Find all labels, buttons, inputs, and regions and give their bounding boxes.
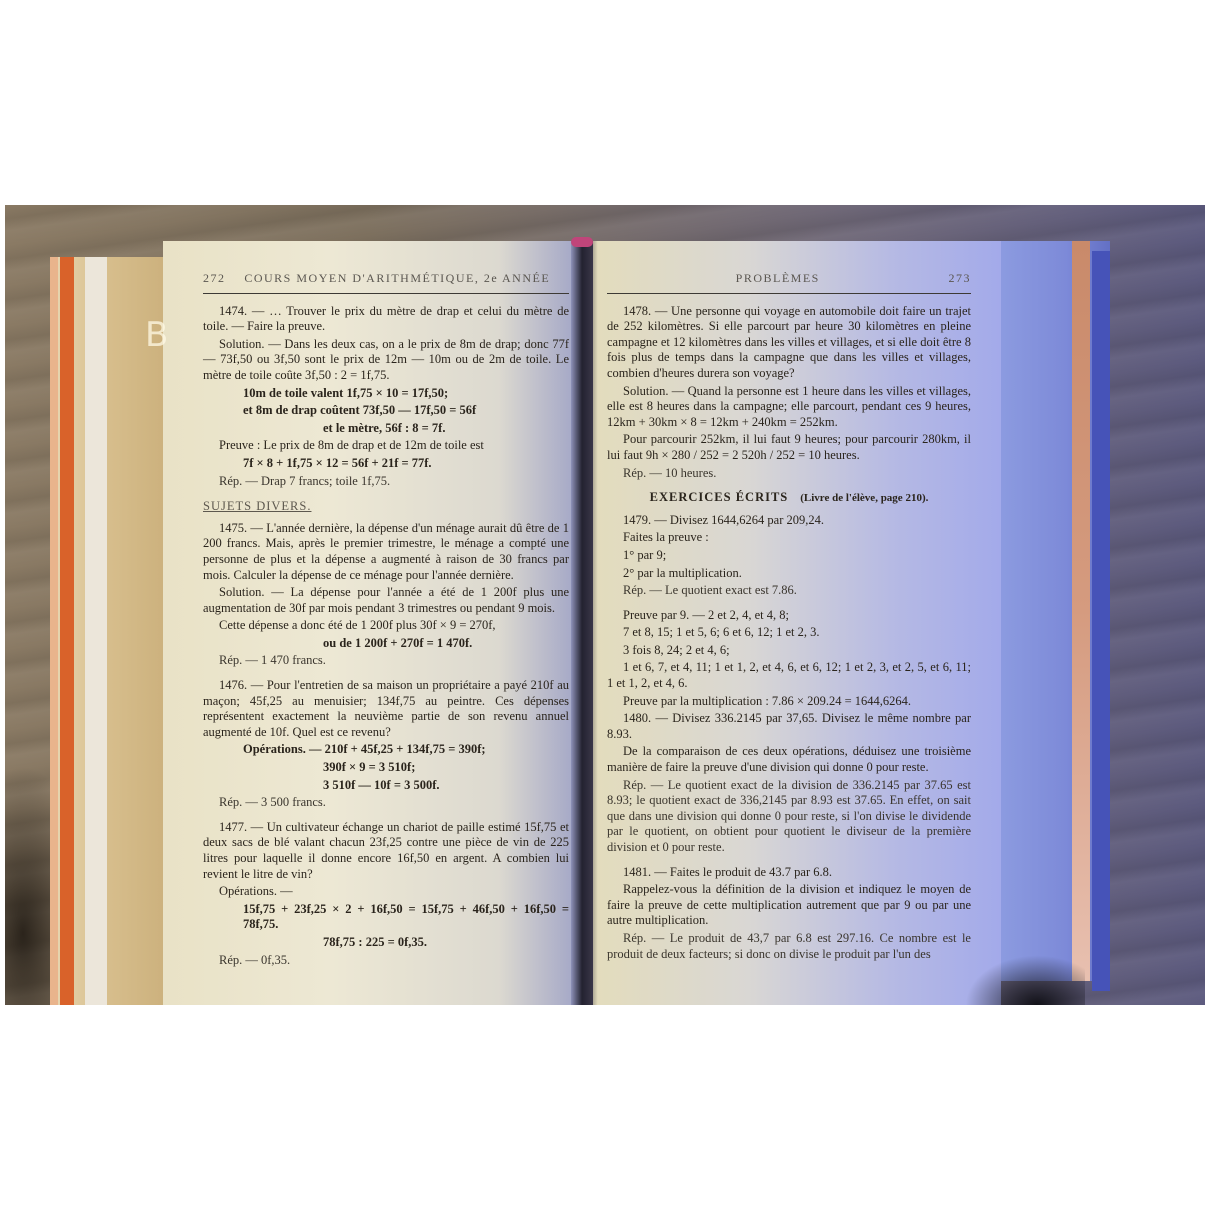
page-block-edge [85,257,107,1005]
equation: 78f,75 : 225 = 0f,35. [203,935,569,951]
paragraph: 1481. — Faites le produit de 43.7 par 6.… [607,865,971,881]
equation: 15f,75 + 23f,25 × 2 + 16f,50 = 15f,75 + … [203,902,569,933]
answer-line: Rép. — Le produit de 43,7 par 6.8 est 29… [607,931,971,962]
paragraph: 1475. — L'année dernière, la dépense d'u… [203,521,569,583]
watermark: B [145,315,169,355]
running-head-left: 272 COURS MOYEN D'ARITHMÉTIQUE, 2e ANNÉE [203,271,569,294]
running-head-right: PROBLÈMES 273 [607,271,971,294]
paragraph: Faites la preuve : [607,530,971,546]
page-number: 273 [949,271,972,287]
equation: 3 510f — 10f = 3 500f. [203,778,569,794]
paragraph: 1480. — Divisez 336.2145 par 37,65. Divi… [607,711,971,742]
paragraph: Solution. — Dans les deux cas, on a le p… [203,337,569,384]
paragraph: 7 et 8, 15; 1 et 5, 6; 6 et 6, 12; 1 et … [607,625,971,641]
paragraph: Opérations. — [203,884,569,900]
equation: ou de 1 200f + 270f = 1 470f. [203,636,569,652]
paragraph: 1477. — Un cultivateur échange un chario… [203,820,569,882]
equation: 10m de toile valent 1f,75 × 10 = 17f,50; [203,386,569,402]
paragraph: Solution. — La dépense pour l'année a ét… [203,585,569,616]
equation: et le mètre, 56f : 8 = 7f. [203,421,569,437]
paragraph: 1° par 9; [607,548,971,564]
section-heading: SUJETS DIVERS. [203,499,569,515]
answer-line: Rép. — 3 500 francs. [203,795,569,811]
paragraph: Preuve : Le prix de 8m de drap et de 12m… [203,438,569,454]
paragraph: Solution. — Quand la personne est 1 heur… [607,384,971,431]
equation: 7f × 8 + 1f,75 × 12 = 56f + 21f = 77f. [203,456,569,472]
equation: 390f × 9 = 3 510f; [203,760,569,776]
paragraph: 1 et 6, 7, et 4, 11; 1 et 1, 2, et 4, 6,… [607,660,971,691]
cover-board [1092,251,1110,991]
answer-line: Rép. — 1 470 francs. [203,653,569,669]
left-page: 272 COURS MOYEN D'ARITHMÉTIQUE, 2e ANNÉE… [163,241,583,1005]
equation: Opérations. — 210f + 45f,25 + 134f,75 = … [203,742,569,758]
paragraph: 1478. — Une personne qui voyage en autom… [607,304,971,382]
equation: et 8m de drap coûtent 73f,50 — 17f,50 = … [203,403,569,419]
paragraph: 1479. — Divisez 1644,6264 par 209,24. [607,513,971,529]
book-cover-right-edge [1000,241,1110,981]
shadow [965,955,1085,1005]
paragraph: 2° par la multiplication. [607,566,971,582]
answer-line: Rép. — Le quotient exact est 7.86. [607,583,971,599]
running-head-title: COURS MOYEN D'ARITHMÉTIQUE, 2e ANNÉE [226,271,570,287]
page-body: 1474. — … Trouver le prix du mètre de dr… [203,304,569,969]
answer-line: Rép. — 10 heures. [607,466,971,482]
answer-line: Rép. — Drap 7 francs; toile 1f,75. [203,474,569,490]
paragraph: Preuve par la multiplication : 7.86 × 20… [607,694,971,710]
cover-binding-strip [60,257,74,1005]
book-gutter [571,241,593,1005]
book-cover-left-edge [50,257,170,1005]
heading-text: EXERCICES ÉCRITS [650,490,789,504]
exercise-heading: EXERCICES ÉCRITS(Livre de l'élève, page … [607,490,971,507]
paragraph: Preuve par 9. — 2 et 2, 4, et 4, 8; [607,608,971,624]
page-body: 1478. — Une personne qui voyage en autom… [607,304,971,963]
heading-note: (Livre de l'élève, page 210). [800,492,928,504]
paragraph: 1474. — … Trouver le prix du mètre de dr… [203,304,569,335]
answer-line: Rép. — 0f,35. [203,953,569,969]
paragraph: De la comparaison de ces deux opérations… [607,744,971,775]
paragraph: 1476. — Pour l'entretien de sa maison un… [203,678,569,740]
paragraph: 3 fois 8, 24; 2 et 4, 6; [607,643,971,659]
paragraph: Pour parcourir 252km, il lui faut 9 heur… [607,432,971,463]
right-page: PROBLÈMES 273 1478. — Une personne qui v… [581,241,1001,1005]
cover-binding-strip [1072,241,1090,981]
page-number: 272 [203,271,226,287]
book-photo: 272 COURS MOYEN D'ARITHMÉTIQUE, 2e ANNÉE… [5,205,1205,1005]
answer-line: Rép. — Le quotient exact de la division … [607,778,971,856]
cover-binding-strip [50,257,58,1005]
running-head-title: PROBLÈMES [607,271,949,287]
paragraph: Rappelez-vous la définition de la divisi… [607,882,971,929]
bookmark-ribbon [571,237,593,247]
paragraph: Cette dépense a donc été de 1 200f plus … [203,618,569,634]
